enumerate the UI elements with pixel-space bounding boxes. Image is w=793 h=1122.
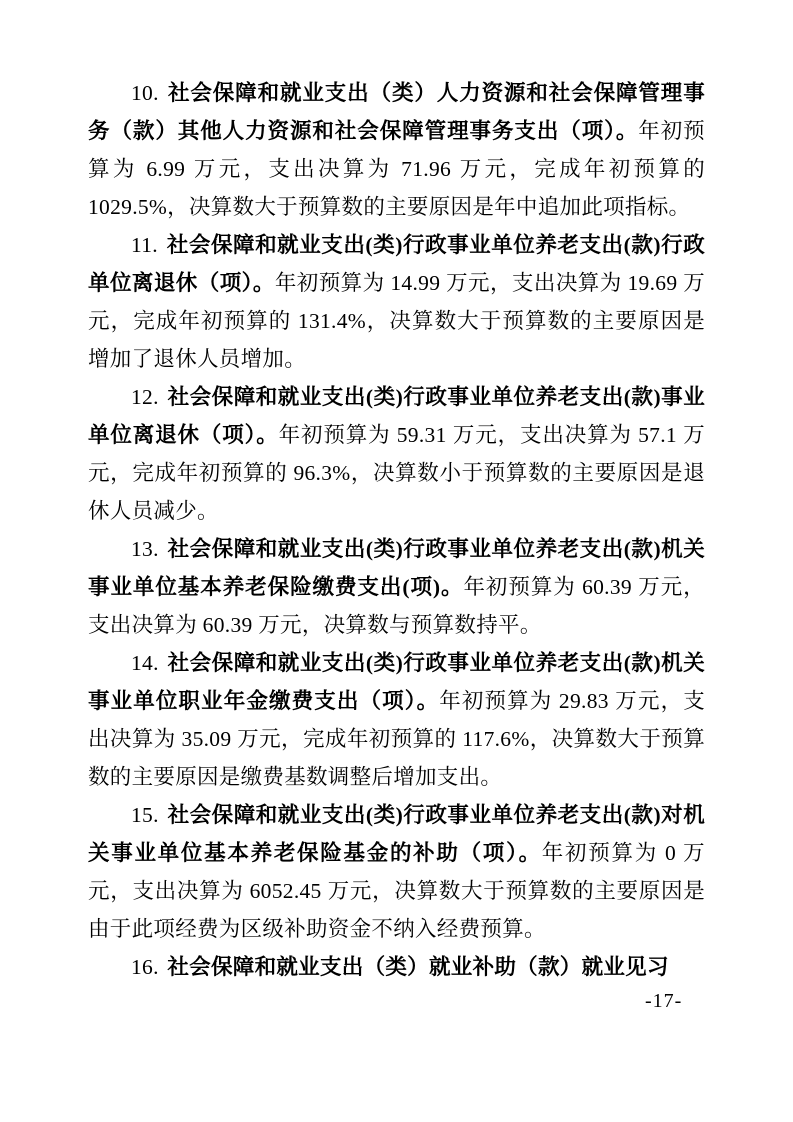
paragraph-number: 15. xyxy=(131,803,159,827)
paragraph-number: 10. xyxy=(131,81,159,105)
page-number: -17- xyxy=(645,988,682,1014)
paragraph-heading: 社会保障和就业支出（类）人力资源和社会保障管理事务（款）其他人力资源和社会保障管… xyxy=(88,81,705,143)
paragraph-number: 13. xyxy=(131,537,159,561)
paragraph: 12.社会保障和就业支出(类)行政事业单位养老支出(款)事业单位离退休（项）。年… xyxy=(88,378,705,530)
document-page: 10.社会保障和就业支出（类）人力资源和社会保障管理事务（款）其他人力资源和社会… xyxy=(0,0,793,1122)
paragraph: 15.社会保障和就业支出(类)行政事业单位养老支出(款)对机关事业单位基本养老保… xyxy=(88,796,705,948)
paragraph: 10.社会保障和就业支出（类）人力资源和社会保障管理事务（款）其他人力资源和社会… xyxy=(88,74,705,226)
paragraph-number: 12. xyxy=(131,385,159,409)
paragraph: 11.社会保障和就业支出(类)行政事业单位养老支出(款)行政单位离退休（项）。年… xyxy=(88,226,705,378)
paragraph: 14.社会保障和就业支出(类)行政事业单位养老支出(款)机关事业单位职业年金缴费… xyxy=(88,644,705,796)
paragraph-number: 14. xyxy=(131,651,159,675)
paragraph-list: 10.社会保障和就业支出（类）人力资源和社会保障管理事务（款）其他人力资源和社会… xyxy=(88,74,705,986)
paragraph-number: 11. xyxy=(131,233,158,257)
paragraph: 16.社会保障和就业支出（类）就业补助（款）就业见习 xyxy=(88,948,705,986)
paragraph-number: 16. xyxy=(131,955,159,979)
paragraph: 13.社会保障和就业支出(类)行政事业单位养老支出(款)机关事业单位基本养老保险… xyxy=(88,530,705,644)
paragraph-heading: 社会保障和就业支出（类）就业补助（款）就业见习 xyxy=(167,955,668,979)
